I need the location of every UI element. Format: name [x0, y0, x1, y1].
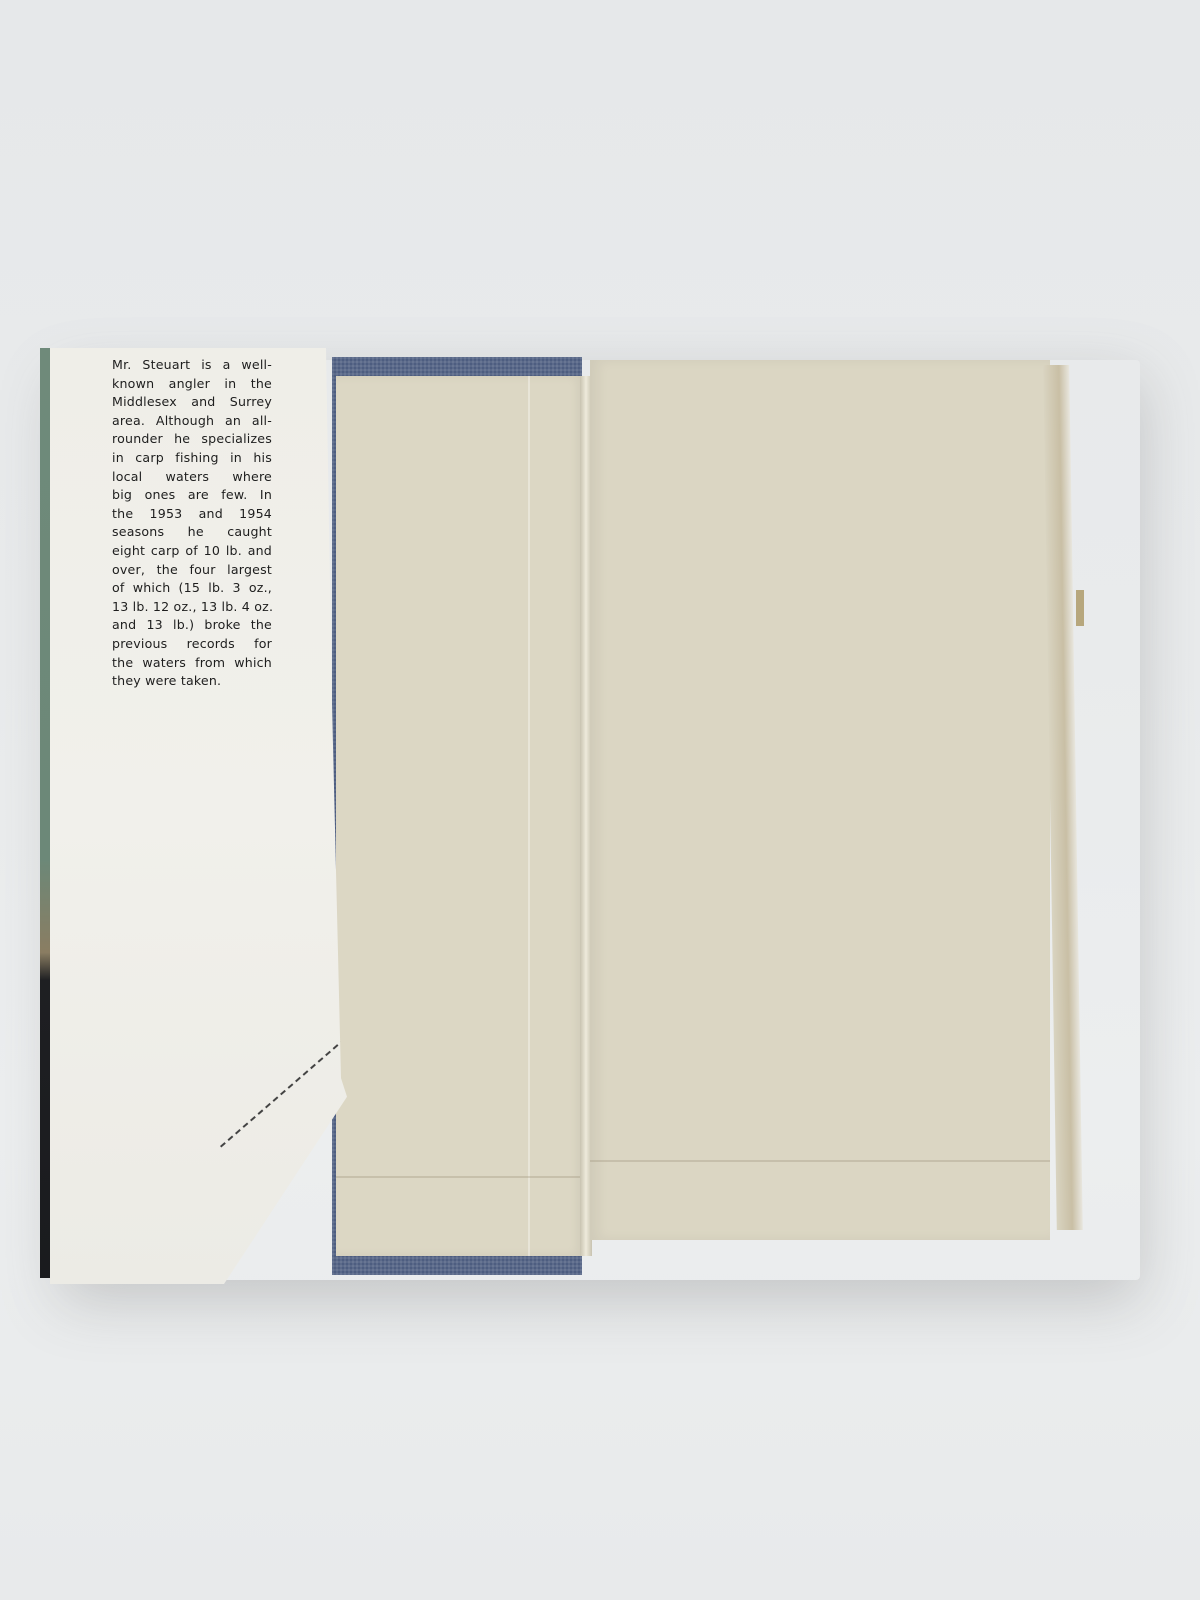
- blurb-line: of which (15 lb. 3 oz.,: [112, 579, 272, 598]
- blurb-line: big ones are few. In: [112, 486, 272, 505]
- blurb-line: known angler in the: [112, 375, 272, 394]
- blurb-line: the waters from which: [112, 654, 272, 673]
- blurb-line: Middlesex and Surrey: [112, 393, 272, 412]
- endpaper-crease: [590, 1160, 1050, 1162]
- blurb-line: they were taken.: [112, 672, 272, 691]
- blurb-line: seasons he caught: [112, 523, 272, 542]
- blurb-line: local waters where: [112, 468, 272, 487]
- blurb-line: the 1953 and 1954: [112, 505, 272, 524]
- blurb-line: 13 lb. 12 oz., 13 lb. 4 oz.: [112, 598, 272, 617]
- blurb-line: area. Although an all-: [112, 412, 272, 431]
- blurb-line: eight carp of 10 lb. and: [112, 542, 272, 561]
- blurb-line: Mr. Steuart is a well-: [112, 356, 272, 375]
- blurb-line: over, the four largest: [112, 561, 272, 580]
- blurb-line: rounder he specializes: [112, 430, 272, 449]
- blurb-line: in carp fishing in his: [112, 449, 272, 468]
- endpaper-fold-line: [528, 376, 530, 1256]
- right-endpaper[interactable]: [590, 360, 1050, 1240]
- author-blurb: Mr. Steuart is a well- known angler in t…: [112, 356, 272, 691]
- page-tab-marker: [1076, 590, 1084, 626]
- blurb-line: previous records for: [112, 635, 272, 654]
- left-endpaper: [336, 376, 584, 1256]
- endpaper-crease: [336, 1176, 584, 1178]
- blurb-line: and 13 lb.) broke the: [112, 616, 272, 635]
